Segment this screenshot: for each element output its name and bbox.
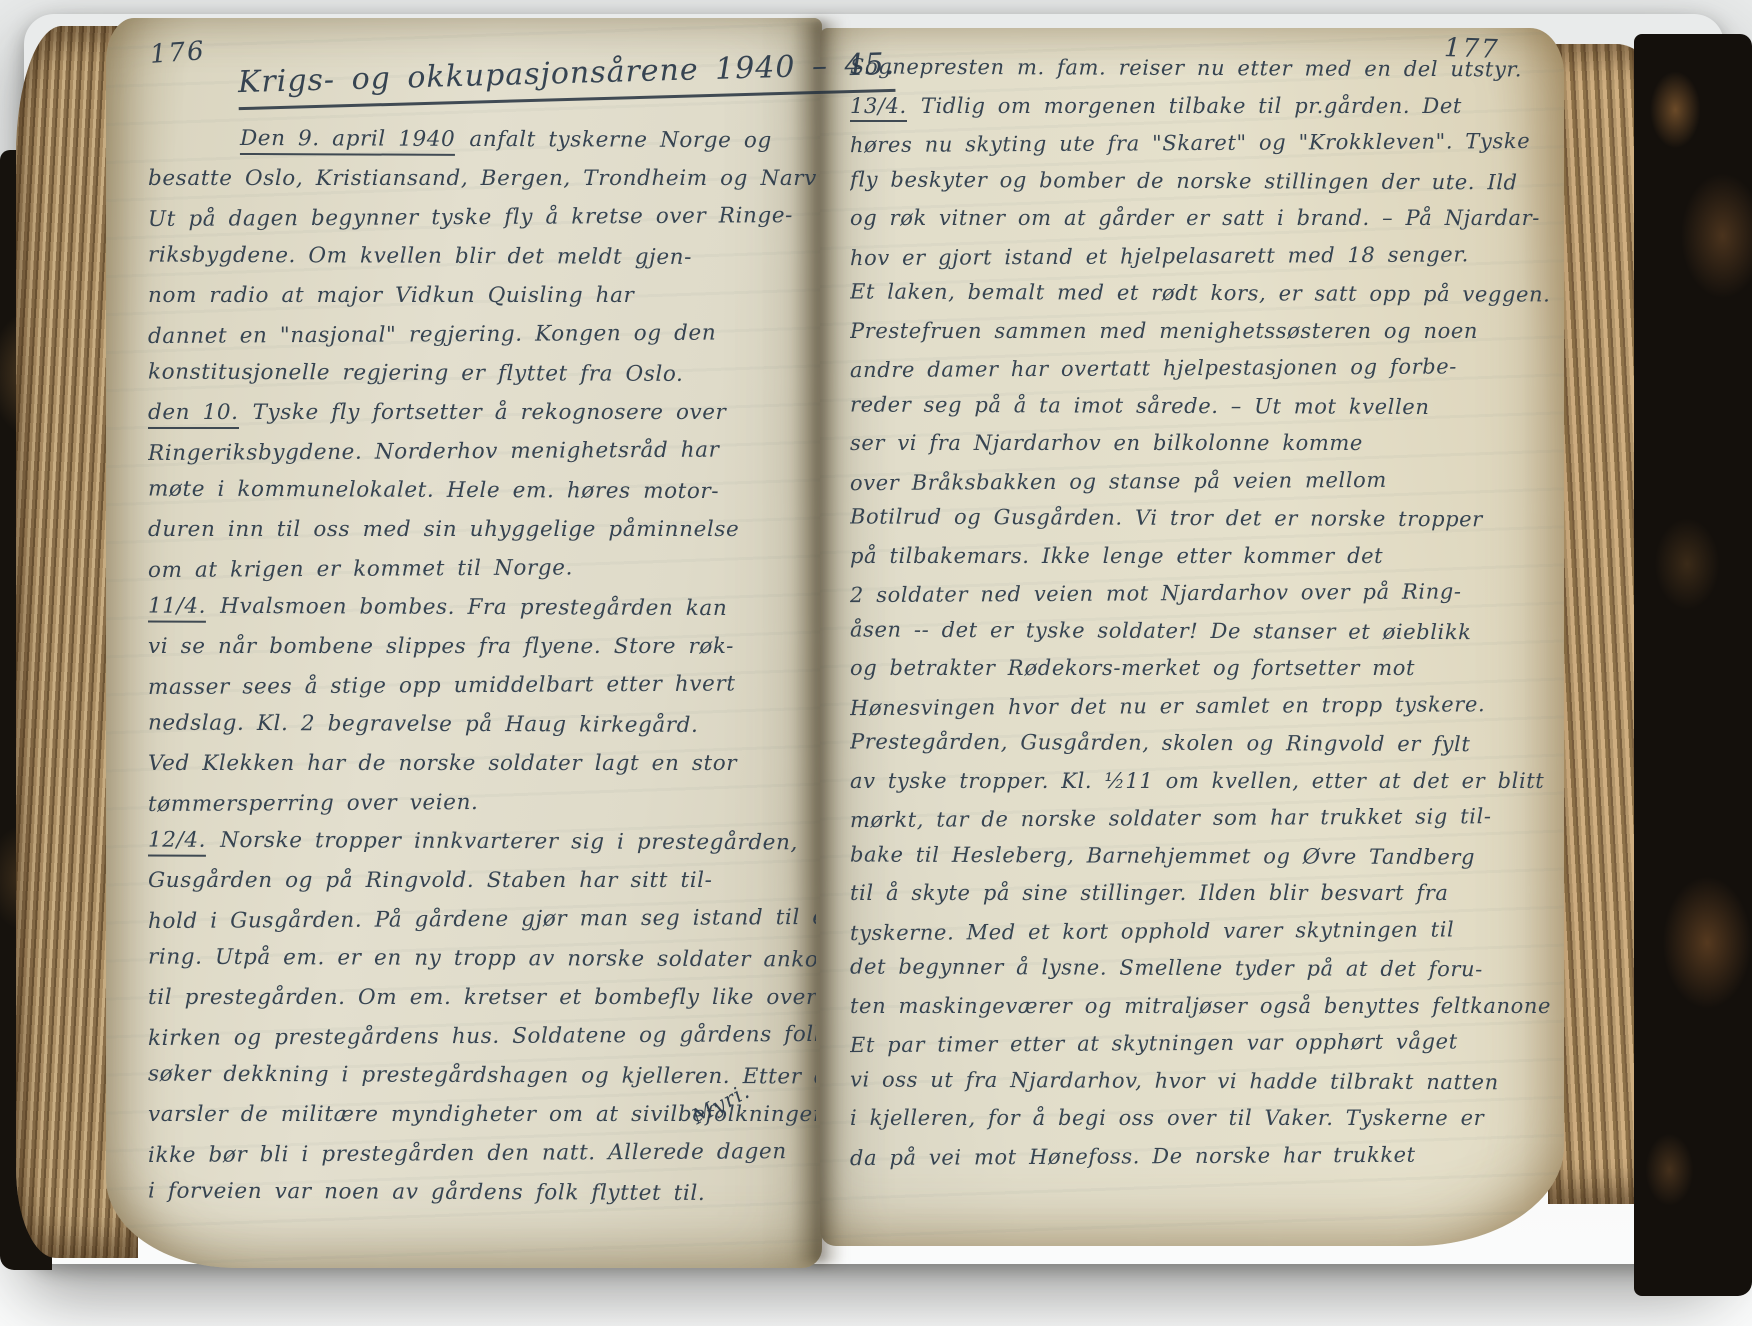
line-text: Tyske fly fortsetter å rekognosere over: [253, 400, 727, 425]
manuscript-line: i kjelleren, for å begi oss over til Vak…: [850, 1100, 1550, 1138]
line-text: ring. Utpå em. er en ny tropp av norske …: [148, 945, 816, 973]
manuscript-line: i forveien var noen av gårdens folk flyt…: [148, 1172, 816, 1214]
line-text: duren inn til oss med sin uhyggelige påm…: [148, 517, 739, 542]
left-page-text: Den 9. april 1940anfalt tyskerne Norge o…: [148, 120, 816, 1242]
line-text: dannet en "nasjonal" regjering. Kongen o…: [148, 321, 716, 349]
line-text: og røk vitner om at gårder er satt i bra…: [850, 206, 1540, 230]
line-text: hold i Gusgården. På gårdene gjør man se…: [148, 904, 816, 934]
manuscript-line: det begynner å lysne. Smellene tyder på …: [850, 948, 1550, 989]
line-text: møte i kommunelokalet. Hele em. høres mo…: [148, 477, 719, 504]
line-text: Ut på dagen begynner tyske fly å kretse …: [148, 203, 793, 232]
manuscript-line: Prestegården, Gusgården, skolen og Ringv…: [850, 723, 1550, 764]
line-text: Hvalsmoen bombes. Fra prestegården kan: [220, 594, 727, 621]
manuscript-line: hov er gjort istand et hjelpelasarett me…: [850, 235, 1550, 277]
line-text: Norske tropper innkvarterer sig i preste…: [220, 828, 798, 856]
line-text: det begynner å lysne. Smellene tyder på …: [850, 954, 1483, 981]
manuscript-line: Et laken, bemalt med et rødt kors, er sa…: [850, 273, 1550, 314]
line-text: Hønesvingen hvor det nu er samlet en tro…: [850, 692, 1485, 720]
line-text: Gusgården og på Ringvold. Staben har sit…: [148, 868, 713, 893]
manuscript-line: møte i kommunelokalet. Hele em. høres mo…: [148, 470, 816, 512]
line-text: nom radio at major Vidkun Quisling har: [148, 283, 634, 308]
entry-date: 13/4.: [850, 94, 907, 122]
line-text: Et laken, bemalt med et rødt kors, er sa…: [850, 279, 1550, 306]
manuscript-line: 2 soldater ned veien mot Njardarhov over…: [850, 573, 1550, 615]
entry-date: 11/4.: [148, 594, 206, 623]
manuscript-line: av tyske tropper. Kl. ½11 om kvellen, et…: [850, 763, 1550, 801]
manuscript-line: dannet en "nasjonal" regjering. Kongen o…: [148, 313, 816, 356]
manuscript-line: hold i Gusgården. På gårdene gjør man se…: [148, 898, 816, 941]
manuscript-line: ser vi fra Njardarhov en bilkolonne komm…: [850, 425, 1550, 463]
page-number-left: 176: [149, 36, 207, 70]
line-text: Botilrud og Gusgården. Vi tror det er no…: [850, 504, 1483, 531]
manuscript-line: ikke bør bli i prestegården den natt. Al…: [148, 1132, 816, 1175]
line-text: da på vei mot Hønefoss. De norske har tr…: [850, 1142, 1416, 1169]
manuscript-line: kirken og prestegårdens hus. Soldatene o…: [148, 1015, 816, 1058]
manuscript-line: på tilbakemars. Ikke lenge etter kommer …: [850, 538, 1550, 576]
manuscript-line: Gusgården og på Ringvold. Staben har sit…: [148, 861, 816, 900]
line-text: til å skyte på sine stillinger. Ilden bl…: [850, 881, 1449, 905]
manuscript-line: tømmersperring over veien.: [148, 781, 816, 824]
line-text: hov er gjort istand et hjelpelasarett me…: [850, 242, 1469, 270]
manuscript-line: masser sees å stige opp umiddelbart ette…: [148, 664, 816, 707]
manuscript-line: Ved Klekken har de norske soldater lagt …: [148, 744, 816, 783]
line-text: vi se når bombene slippes fra flyene. St…: [148, 634, 734, 659]
manuscript-line: andre damer har overtatt hjelpestasjonen…: [850, 348, 1550, 390]
entry-date: Den 9. april 1940: [240, 126, 455, 156]
line-text: reder seg på å ta imot sårede. – Ut mot …: [850, 392, 1430, 419]
line-text: om at krigen er kommet til Norge.: [148, 555, 573, 583]
line-text: i kjelleren, for å begi oss over til Vak…: [850, 1106, 1484, 1130]
line-text: ser vi fra Njardarhov en bilkolonne komm…: [850, 431, 1363, 455]
manuscript-line: Prestefruen sammen med menighetssøsteren…: [850, 313, 1550, 351]
line-text: tyskerne. Med et kort opphold varer skyt…: [850, 917, 1454, 945]
line-text: besatte Oslo, Kristiansand, Bergen, Tron…: [148, 166, 816, 191]
entry-date: den 10.: [148, 400, 239, 429]
manuscript-line: om at krigen er kommet til Norge.: [148, 547, 816, 590]
entry-date: 12/4.: [148, 828, 206, 857]
manuscript-line: nedslag. Kl. 2 begravelse på Haug kirkeg…: [148, 704, 816, 746]
line-text: vi oss ut fra Njardarhov, hvor vi hadde …: [850, 1067, 1499, 1094]
line-text: tømmersperring over veien.: [148, 790, 479, 817]
line-text: til prestegården. Om em. kretser et bomb…: [148, 985, 816, 1010]
line-text: Tidlig om morgenen tilbake til pr.gården…: [921, 94, 1462, 118]
manuscript-line: Et par timer etter at skytningen var opp…: [850, 1023, 1550, 1065]
manuscript-line: fly beskyter og bomber de norske stillin…: [850, 161, 1550, 202]
manuscript-line: bake til Hesleberg, Barnehjemmet og Øvre…: [850, 836, 1550, 877]
line-text: av tyske tropper. Kl. ½11 om kvellen, et…: [850, 769, 1544, 793]
line-text: Prestegården, Gusgården, skolen og Ringv…: [850, 729, 1470, 756]
manuscript-line: høres nu skyting ute fra "Skaret" og "Kr…: [850, 123, 1550, 165]
line-text: fly beskyter og bomber de norske stillin…: [850, 167, 1518, 194]
manuscript-line: og røk vitner om at gårder er satt i bra…: [850, 200, 1550, 238]
manuscript-line: og betrakter Rødekors-merket og fortsett…: [850, 650, 1550, 688]
manuscript-line: konstitusjonelle regjering er flyttet fr…: [148, 353, 816, 395]
line-text: nedslag. Kl. 2 begravelse på Haug kirkeg…: [148, 711, 699, 738]
manuscript-line: 13/4.Tidlig om morgenen tilbake til pr.g…: [850, 88, 1550, 126]
line-text: høres nu skyting ute fra "Skaret" og "Kr…: [850, 129, 1530, 157]
manuscript-line: reder seg på å ta imot sårede. – Ut mot …: [850, 386, 1550, 427]
line-text: riksbygdene. Om kvellen blir det meldt g…: [148, 243, 692, 270]
manuscript-line: da på vei mot Hønefoss. De norske har tr…: [850, 1135, 1550, 1177]
line-text: søker dekkning i prestegårdshagen og kje…: [148, 1062, 816, 1090]
right-page-text: Sognepresten m. fam. reiser nu etter med…: [850, 50, 1550, 1190]
manuscript-line: til å skyte på sine stillinger. Ilden bl…: [850, 875, 1550, 913]
book-front-cover-marbled-edge: [1634, 34, 1752, 1296]
manuscript-line: tyskerne. Med et kort opphold varer skyt…: [850, 910, 1550, 952]
line-text: Sognepresten m. fam. reiser nu etter med…: [850, 54, 1522, 81]
manuscript-line: til prestegården. Om em. kretser et bomb…: [148, 978, 816, 1017]
manuscript-line: ring. Utpå em. er en ny tropp av norske …: [148, 938, 816, 980]
manuscript-line: Ringeriksbygdene. Norderhov menighetsråd…: [148, 430, 816, 473]
manuscript-line: søker dekkning i prestegårdshagen og kje…: [148, 1055, 816, 1097]
line-text: i forveien var noen av gårdens folk flyt…: [148, 1179, 705, 1206]
manuscript-line: vi se når bombene slippes fra flyene. St…: [148, 627, 816, 666]
line-text: ten maskingeværer og mitraljøser også be…: [850, 994, 1550, 1018]
line-text: og betrakter Rødekors-merket og fortsett…: [850, 656, 1415, 680]
manuscript-line: over Bråksbakken og stanse på veien mell…: [850, 460, 1550, 502]
manuscript-line: Den 9. april 1940anfalt tyskerne Norge o…: [148, 120, 816, 160]
line-text: anfalt tyskerne Norge og: [469, 127, 772, 153]
line-text: 2 soldater ned veien mot Njardarhov over…: [850, 579, 1462, 607]
manuscript-line: nom radio at major Vidkun Quisling har: [148, 276, 816, 315]
line-text: Et par timer etter at skytningen var opp…: [850, 1029, 1458, 1057]
line-text: Ved Klekken har de norske soldater lagt …: [148, 751, 737, 776]
line-text: Prestefruen sammen med menighetssøsteren…: [850, 319, 1478, 343]
line-text: ikke bør bli i prestegården den natt. Al…: [148, 1139, 787, 1168]
line-text: masser sees å stige opp umiddelbart ette…: [148, 671, 736, 700]
manuscript-line: vi oss ut fra Njardarhov, hvor vi hadde …: [850, 1061, 1550, 1102]
manuscript-line: Botilrud og Gusgården. Vi tror det er no…: [850, 498, 1550, 539]
manuscript-line: 12/4.Norske tropper innkvarterer sig i p…: [148, 821, 816, 863]
manuscript-line: 11/4.Hvalsmoen bombes. Fra prestegården …: [148, 587, 816, 629]
line-text: mørkt, tar de norske soldater som har tr…: [850, 804, 1492, 832]
manuscript-line: riksbygdene. Om kvellen blir det meldt g…: [148, 236, 816, 278]
manuscript-line: åsen -- det er tyske soldater! De stanse…: [850, 611, 1550, 652]
line-text: på tilbakemars. Ikke lenge etter kommer …: [850, 544, 1383, 568]
manuscript-line: Hønesvingen hvor det nu er samlet en tro…: [850, 685, 1550, 727]
line-text: Ringeriksbygdene. Norderhov menighetsråd…: [148, 438, 720, 466]
manuscript-line: Sognepresten m. fam. reiser nu etter med…: [850, 50, 1550, 89]
manuscript-line: duren inn til oss med sin uhyggelige påm…: [148, 510, 816, 549]
manuscript-line: den 10.Tyske fly fortsetter å rekognoser…: [148, 393, 816, 432]
manuscript-line: Ut på dagen begynner tyske fly å kretse …: [148, 196, 816, 239]
photo-of-open-diary: 176 177 Krigs- og okkupasjonsårene 1940 …: [0, 0, 1752, 1326]
line-text: bake til Hesleberg, Barnehjemmet og Øvre…: [850, 842, 1475, 869]
manuscript-line: ten maskingeværer og mitraljøser også be…: [850, 988, 1550, 1026]
line-text: kirken og prestegårdens hus. Soldatene o…: [148, 1022, 816, 1051]
line-text: åsen -- det er tyske soldater! De stanse…: [850, 617, 1472, 644]
manuscript-line: mørkt, tar de norske soldater som har tr…: [850, 798, 1550, 840]
line-text: konstitusjonelle regjering er flyttet fr…: [148, 360, 684, 387]
line-text: andre damer har overtatt hjelpestasjonen…: [850, 354, 1457, 382]
line-text: over Bråksbakken og stanse på veien mell…: [850, 467, 1387, 494]
manuscript-line: besatte Oslo, Kristiansand, Bergen, Tron…: [148, 159, 816, 198]
